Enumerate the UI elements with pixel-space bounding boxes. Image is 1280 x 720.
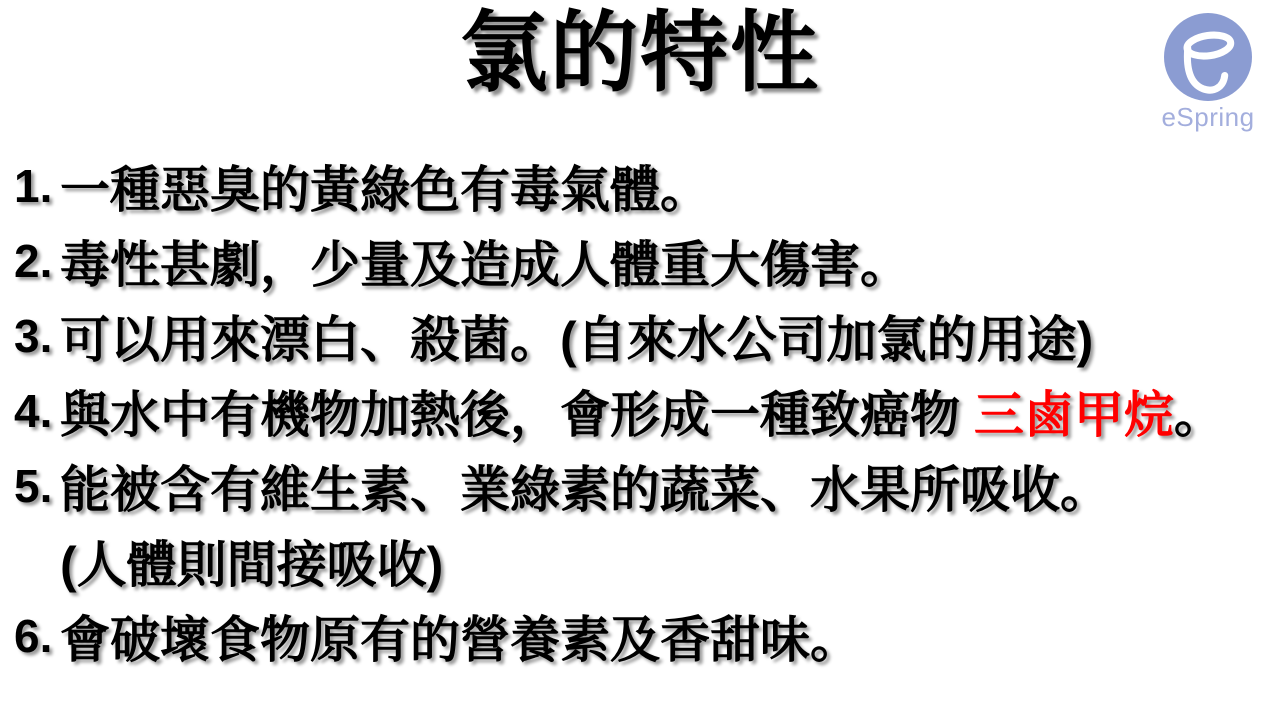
espring-logo: eSpring [1152,13,1264,133]
list-item-number: 4. [14,384,60,438]
list-item-number: 3. [14,309,60,363]
text-segment: 可以用來漂白、殺菌。(自來水公司加氯的用途) [60,312,1093,368]
list-item-continuation: (人體則間接吸收) [14,523,1276,598]
list-item: 1.一種惡臭的黃綠色有毒氣體。 [14,148,1276,223]
text-segment: 。 [1174,387,1224,443]
list-item-text: 毒性甚劇，少量及造成人體重大傷害。 [60,225,910,297]
list-item-number: 6. [14,609,60,663]
feature-list: 1.一種惡臭的黃綠色有毒氣體。2.毒性甚劇，少量及造成人體重大傷害。3.可以用來… [14,148,1276,673]
text-segment: 會破壞食物原有的營養素及香甜味。 [60,612,860,668]
text-segment: 與水中有機物加熱後，會形成一種致癌物 [60,387,974,443]
list-item-number: 1. [14,159,60,213]
list-item-text: 會破壞食物原有的營養素及香甜味。 [60,600,860,672]
list-item-number: 2. [14,234,60,288]
espring-logo-text: eSpring [1152,102,1264,133]
continuation-text: (人體則間接吸收) [60,525,443,597]
list-item: 4.與水中有機物加熱後，會形成一種致癌物 三鹵甲烷。 [14,373,1276,448]
text-segment: 一種惡臭的黃綠色有毒氣體。 [60,162,710,218]
slide: 氯的特性 eSpring 1.一種惡臭的黃綠色有毒氣體。2.毒性甚劇，少量及造成… [0,0,1280,720]
slide-title: 氯的特性 [0,2,1280,103]
list-item-text: 與水中有機物加熱後，會形成一種致癌物 三鹵甲烷。 [60,375,1224,447]
list-item-text: 能被含有維生素、業綠素的蔬菜、水果所吸收。 [60,450,1110,522]
list-item-text: 一種惡臭的黃綠色有毒氣體。 [60,150,710,222]
list-item-number: 5. [14,459,60,513]
list-item: 5.能被含有維生素、業綠素的蔬菜、水果所吸收。 [14,448,1276,523]
list-item-text: 可以用來漂白、殺菌。(自來水公司加氯的用途) [60,300,1093,372]
espring-cup-e-icon [1152,13,1264,101]
text-segment: 能被含有維生素、業綠素的蔬菜、水果所吸收。 [60,462,1110,518]
text-segment: 毒性甚劇，少量及造成人體重大傷害。 [60,237,910,293]
list-item: 3.可以用來漂白、殺菌。(自來水公司加氯的用途) [14,298,1276,373]
list-item: 6.會破壞食物原有的營養素及香甜味。 [14,598,1276,673]
list-item: 2.毒性甚劇，少量及造成人體重大傷害。 [14,223,1276,298]
highlighted-term: 三鹵甲烷 [974,387,1174,443]
